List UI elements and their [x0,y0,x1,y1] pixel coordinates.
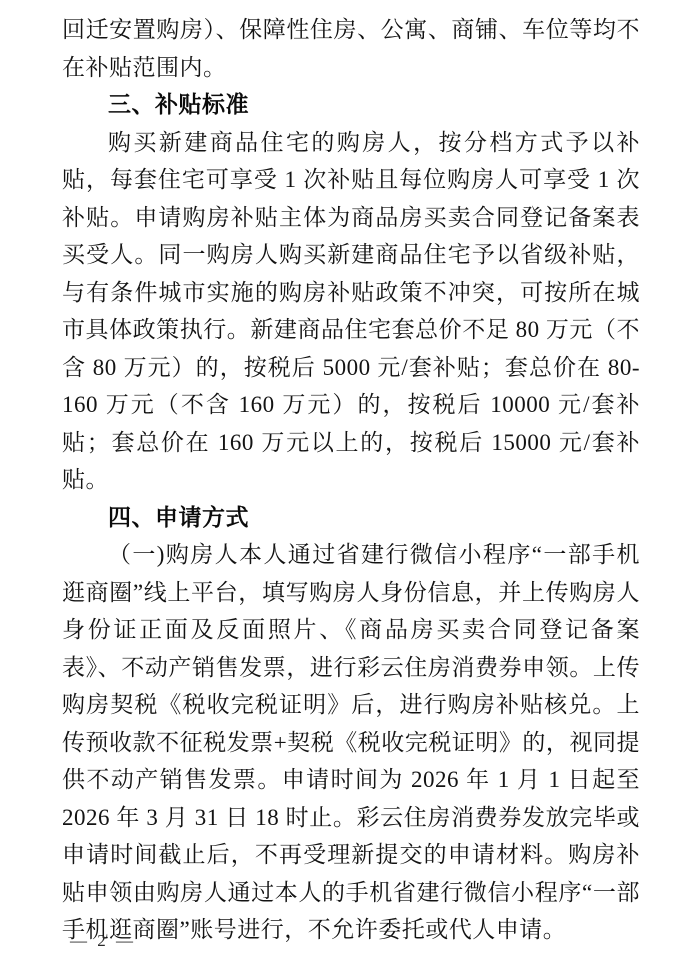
paragraph-subsidy-standard: 购买新建商品住宅的购房人，按分档方式予以补贴，每套住宅可享受 1 次补贴且每位购… [62,124,640,499]
paragraph-application-method: （一)购房人本人通过省建行微信小程序“一部手机逛商圈”线上平台，填写购房人身份信… [62,536,640,949]
document-page: 回迁安置购房）、保障性住房、公寓、商铺、车位等均不在补贴范围内。 三、补贴标准 … [0,0,695,976]
document-body: 回迁安置购房）、保障性住房、公寓、商铺、车位等均不在补贴范围内。 三、补贴标准 … [62,11,640,949]
page-number: — 2 — [70,931,136,951]
paragraph-continuation: 回迁安置购房）、保障性住房、公寓、商铺、车位等均不在补贴范围内。 [62,11,640,86]
section-heading-subsidy-standard: 三、补贴标准 [62,86,640,124]
section-heading-application-method: 四、申请方式 [62,499,640,537]
